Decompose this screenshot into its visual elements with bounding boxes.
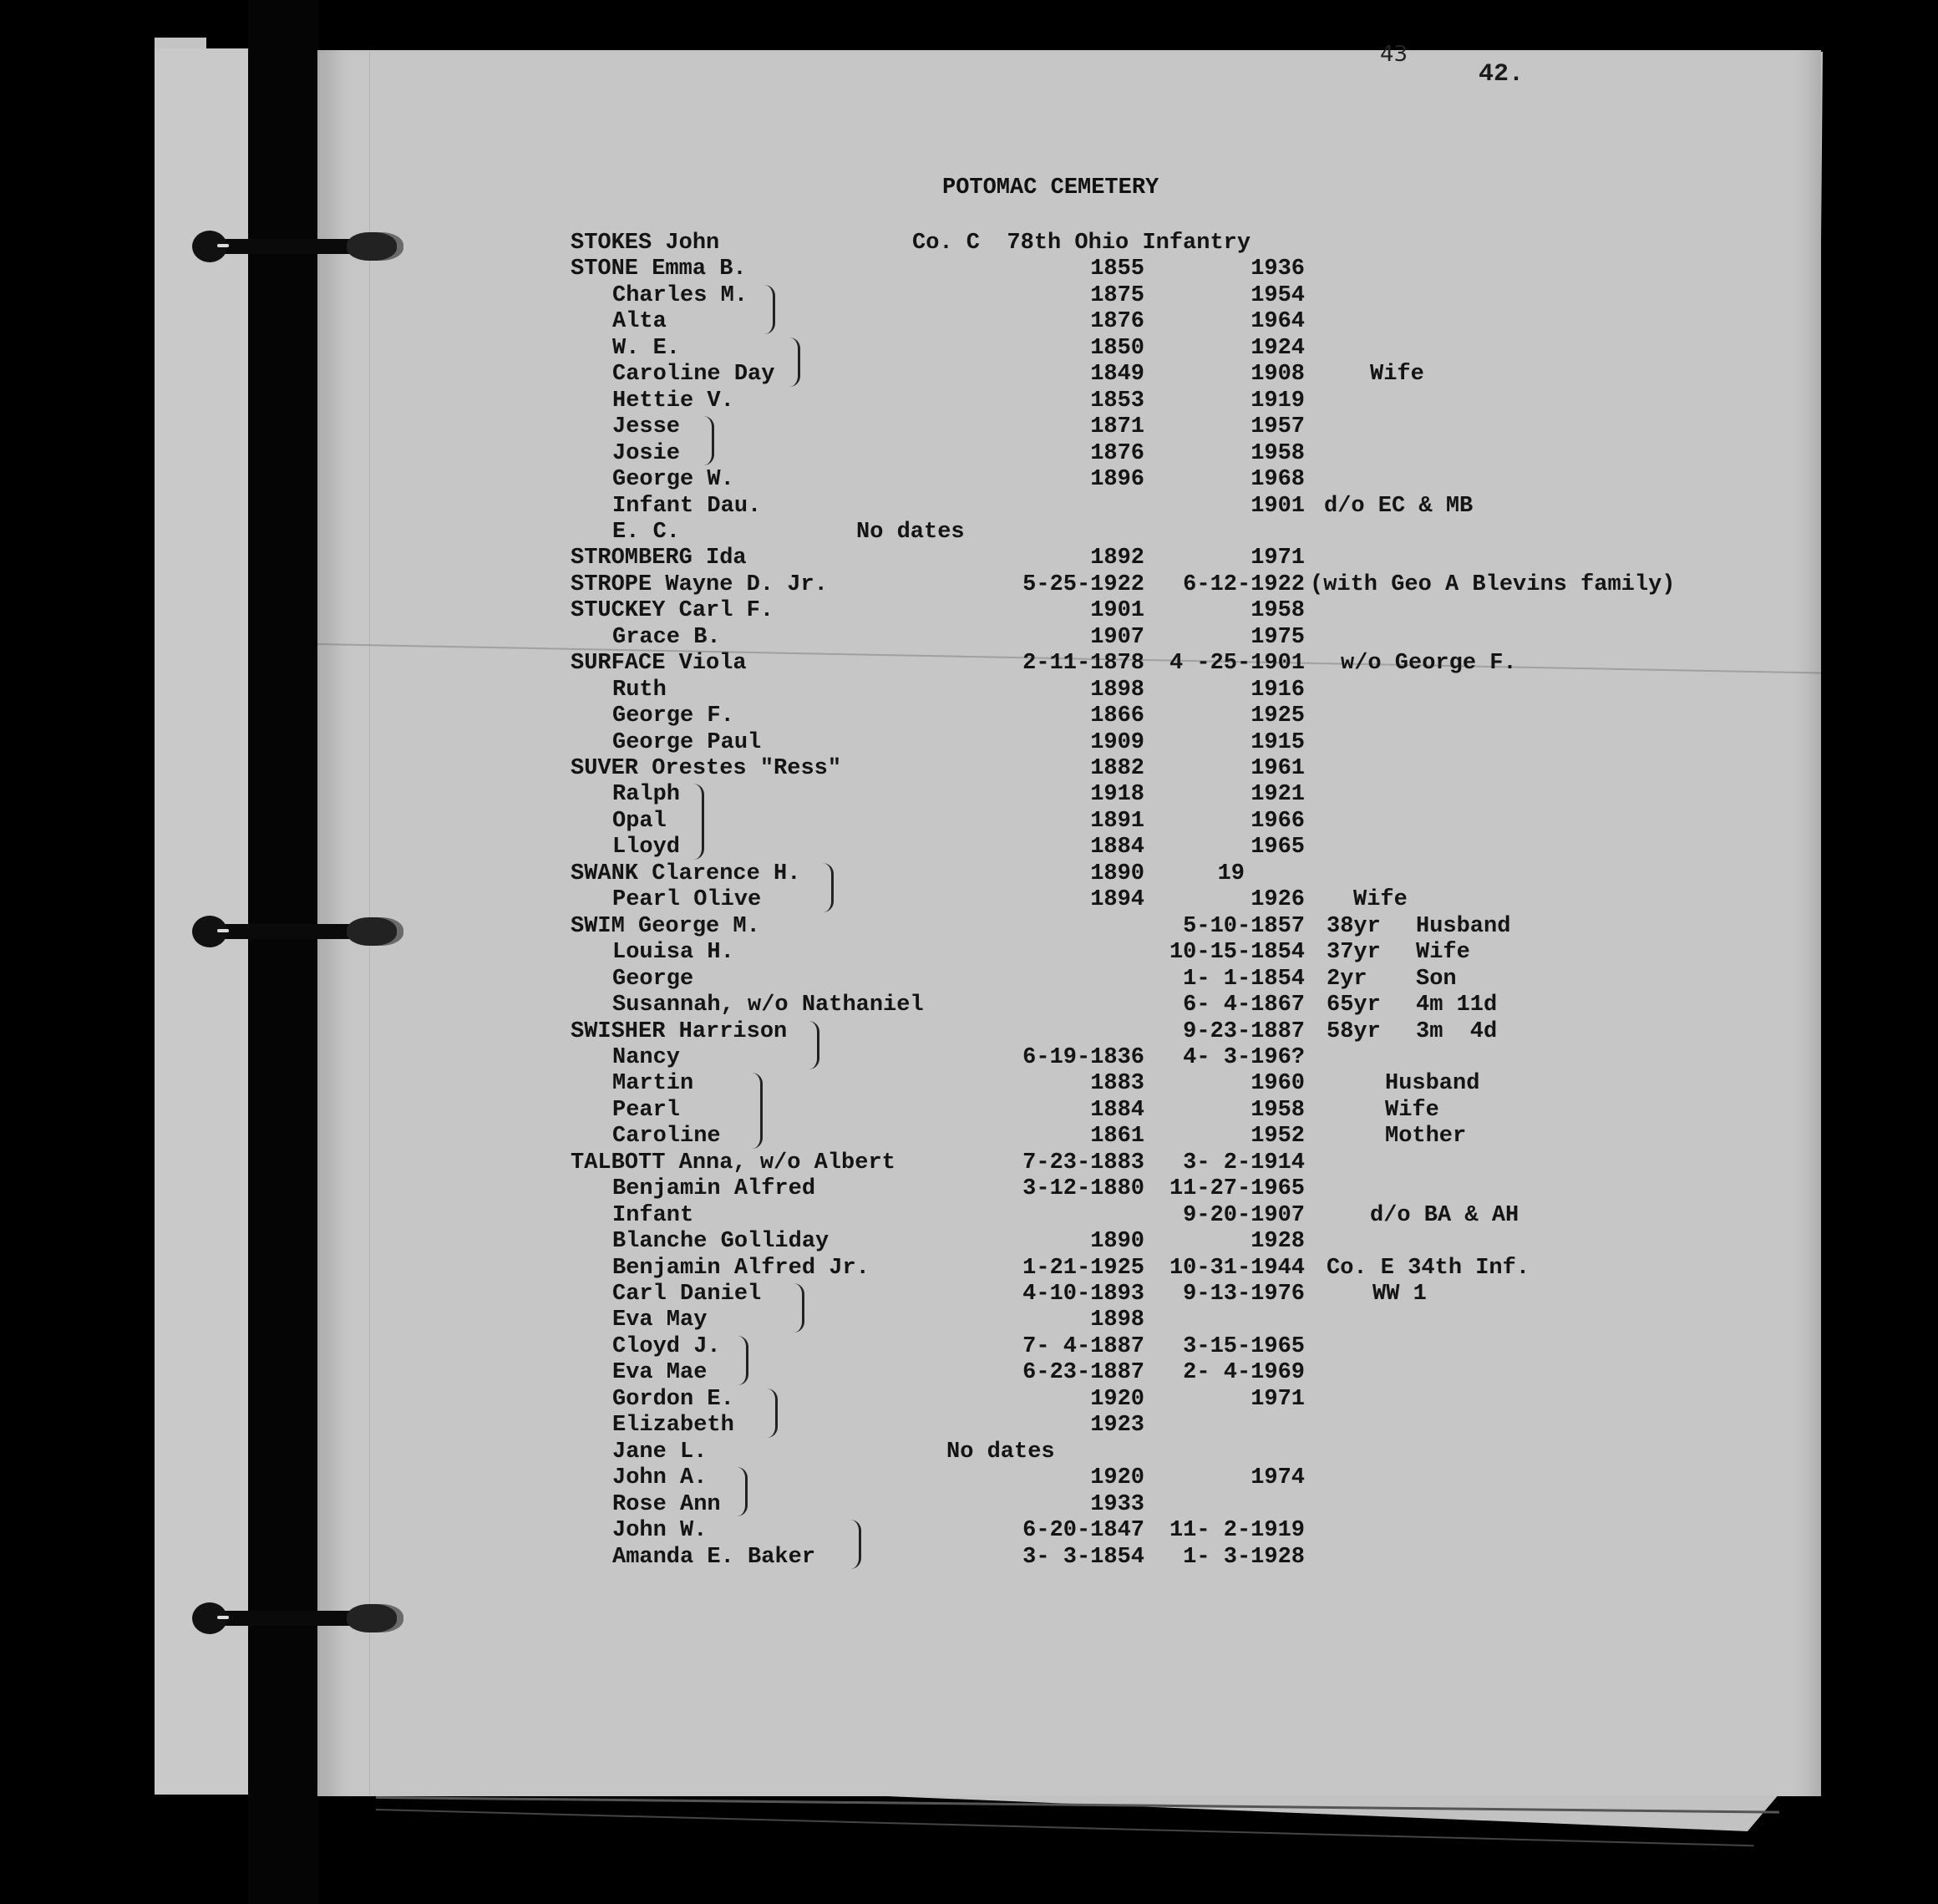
grouping-brace xyxy=(764,285,775,334)
burial-record-row: Benjamin Alfred Jr.1-21-192510-31-1944Co… xyxy=(0,1256,1938,1282)
record-name: SWISHER Harrison xyxy=(571,1019,787,1045)
record-note: 3m 4d xyxy=(1416,1019,1497,1045)
burial-record-row: Eva Mae6-23-18872- 4-1969 xyxy=(0,1360,1938,1386)
death-date: 1971 xyxy=(1111,546,1305,571)
birth-date: 1896 xyxy=(902,467,1144,493)
birth-date: 7-23-1883 xyxy=(902,1150,1144,1176)
death-date: 1924 xyxy=(1111,336,1305,362)
record-name: Gordon E. xyxy=(612,1387,734,1413)
death-date: 1964 xyxy=(1111,309,1305,335)
death-date: 1961 xyxy=(1111,756,1305,782)
record-name: STROMBERG Ida xyxy=(571,546,747,571)
death-date: 6- 4-1867 xyxy=(1111,993,1305,1018)
record-name: Eva May xyxy=(612,1307,707,1333)
burial-record-row: SWISHER Harrison9-23-188758yr3m 4d xyxy=(0,1019,1938,1045)
grouping-brace xyxy=(752,1073,763,1148)
death-date: 1916 xyxy=(1111,678,1305,703)
burial-record-row: SWANK Clarence H.189019 xyxy=(0,861,1938,887)
record-note: Co. E 34th Inf. xyxy=(1327,1256,1530,1282)
burial-record-row: George F.18661925 xyxy=(0,703,1938,729)
death-date: 1952 xyxy=(1111,1124,1305,1150)
burial-record-row: John A.19201974 xyxy=(0,1465,1938,1491)
age-at-death: 2yr xyxy=(1327,967,1367,993)
record-name: Josie xyxy=(612,441,680,467)
birth-date: 1853 xyxy=(902,388,1144,414)
record-name: John A. xyxy=(612,1465,707,1491)
record-name: Opal xyxy=(612,809,667,835)
burial-record-row: George W.18961968 xyxy=(0,467,1938,493)
death-date: 2- 4-1969 xyxy=(1111,1360,1305,1386)
record-name: Jane L. xyxy=(612,1439,707,1465)
birth-date: 2-11-1878 xyxy=(902,651,1144,677)
burial-record-row: STUCKEY Carl F.19011958 xyxy=(0,598,1938,624)
death-date: 1971 xyxy=(1111,1387,1305,1413)
record-name: Infant Dau. xyxy=(612,494,761,520)
birth-date: 1901 xyxy=(902,598,1144,624)
burial-record-row: STROPE Wayne D. Jr.5-25-19226-12-1922(wi… xyxy=(0,572,1938,598)
death-date: 1968 xyxy=(1111,467,1305,493)
age-at-death: 58yr xyxy=(1327,1019,1381,1045)
grouping-brace xyxy=(738,1336,748,1385)
burial-record-row: Infant9-20-1907d/o BA & AH xyxy=(0,1203,1938,1229)
grouping-brace xyxy=(789,338,800,387)
burial-record-row: Lloyd18841965 xyxy=(0,835,1938,861)
record-note: Husband xyxy=(1385,1071,1479,1097)
burial-record-row: Charles M.18751954 xyxy=(0,283,1938,309)
death-date: 6-12-1922 xyxy=(1111,572,1305,598)
record-name: Ruth xyxy=(612,678,667,703)
death-date: 4 -25-1901 xyxy=(1111,651,1305,677)
burial-record-row: Infant Dau.1901d/o EC & MB xyxy=(0,494,1938,520)
grouping-brace xyxy=(737,1467,748,1516)
grouping-brace xyxy=(823,863,834,912)
burial-record-row: Carl Daniel4-10-18939-13-1976WW 1 xyxy=(0,1282,1938,1307)
burial-record-row: Jesse18711957 xyxy=(0,414,1938,440)
record-name: George xyxy=(612,967,693,993)
record-note: 4m 11d xyxy=(1416,993,1497,1018)
no-dates-label: No dates xyxy=(856,520,965,546)
death-date: 1960 xyxy=(1111,1071,1305,1097)
record-name: Cloyd J. xyxy=(612,1334,721,1360)
burial-record-row: John W.6-20-184711- 2-1919 xyxy=(0,1518,1938,1544)
record-name: SUVER Orestes "Ress" xyxy=(571,756,841,782)
burial-record-row: W. E.18501924 xyxy=(0,336,1938,362)
record-name: George Paul xyxy=(612,730,761,756)
birth-date: 1898 xyxy=(902,1307,1144,1333)
burial-record-row: SUVER Orestes "Ress"18821961 xyxy=(0,756,1938,782)
record-name: Blanche Golliday xyxy=(612,1229,829,1255)
record-name: Susannah, w/o Nathaniel xyxy=(612,993,924,1018)
burial-record-row: E. C.No dates xyxy=(0,520,1938,546)
record-name: Benjamin Alfred xyxy=(612,1176,815,1202)
burial-record-row: Elizabeth1923 xyxy=(0,1413,1938,1439)
record-name: STOKES John xyxy=(571,231,719,256)
burial-record-row: Eva May1898 xyxy=(0,1307,1938,1333)
death-date: 10-31-1944 xyxy=(1111,1256,1305,1282)
burial-record-row: Ralph19181921 xyxy=(0,782,1938,808)
record-note: Son xyxy=(1416,967,1457,993)
burial-record-row: Benjamin Alfred3-12-188011-27-1965 xyxy=(0,1176,1938,1202)
record-name: Elizabeth xyxy=(612,1413,734,1439)
record-note: Wife xyxy=(1370,362,1424,388)
binder-ring-icon xyxy=(188,1602,405,1634)
record-name: TALBOTT Anna, w/o Albert xyxy=(571,1150,895,1176)
birth-date: 1876 xyxy=(902,441,1144,467)
birth-date: 1866 xyxy=(902,703,1144,729)
death-date: 4- 3-196? xyxy=(1111,1045,1305,1071)
birth-date: 1849 xyxy=(902,362,1144,388)
death-date: 1915 xyxy=(1111,730,1305,756)
birth-date: 1898 xyxy=(902,678,1144,703)
record-name: SURFACE Viola xyxy=(571,651,747,677)
record-note: (with Geo A Blevins family) xyxy=(1310,572,1675,598)
record-name: Rose Ann xyxy=(612,1492,721,1518)
death-date: 3-15-1965 xyxy=(1111,1334,1305,1360)
record-name: Martin xyxy=(612,1071,693,1097)
record-name: SWANK Clarence H. xyxy=(571,861,800,887)
record-name: Amanda E. Baker xyxy=(612,1545,815,1571)
birth-date: 1892 xyxy=(902,546,1144,571)
grouping-brace xyxy=(703,416,714,465)
birth-date: 6-20-1847 xyxy=(902,1518,1144,1544)
handwritten-page-number: 43 xyxy=(1380,42,1408,67)
burial-record-row: Ruth18981916 xyxy=(0,678,1938,703)
death-date: 1958 xyxy=(1111,441,1305,467)
death-date: 1901 xyxy=(1111,494,1305,520)
death-date: 1974 xyxy=(1111,1465,1305,1491)
burial-record-row: Gordon E.19201971 xyxy=(0,1387,1938,1413)
death-date: 9-20-1907 xyxy=(1111,1203,1305,1229)
record-name: E. C. xyxy=(612,520,680,546)
burial-record-row: Nancy6-19-18364- 3-196? xyxy=(0,1045,1938,1071)
death-date: 5-10-1857 xyxy=(1111,914,1305,940)
grouping-brace xyxy=(693,784,704,859)
age-at-death: 65yr xyxy=(1327,993,1381,1018)
birth-date: 6-19-1836 xyxy=(902,1045,1144,1071)
record-name: Caroline Day xyxy=(612,362,774,388)
burial-record-row: Susannah, w/o Nathaniel6- 4-186765yr4m 1… xyxy=(0,993,1938,1018)
death-date: 1958 xyxy=(1111,598,1305,624)
burial-record-row: Amanda E. Baker3- 3-18541- 3-1928 xyxy=(0,1545,1938,1571)
record-name: Eva Mae xyxy=(612,1360,707,1386)
death-date: 9-13-1976 xyxy=(1111,1282,1305,1307)
record-name: George F. xyxy=(612,703,734,729)
death-date: 11- 2-1919 xyxy=(1111,1518,1305,1544)
birth-date: 1882 xyxy=(902,756,1144,782)
burial-record-row: STONE Emma B.18551936 xyxy=(0,256,1938,282)
burial-record-row: Hettie V.18531919 xyxy=(0,388,1938,414)
age-at-death: 37yr xyxy=(1327,940,1381,966)
birth-date: 6-23-1887 xyxy=(902,1360,1144,1386)
record-note: WW 1 xyxy=(1372,1282,1427,1307)
death-date: 1954 xyxy=(1111,283,1305,309)
burial-record-row: Caroline18611952Mother xyxy=(0,1124,1938,1150)
burial-record-row: Caroline Day18491908Wife xyxy=(0,362,1938,388)
birth-date: 4-10-1893 xyxy=(902,1282,1144,1307)
burial-record-row: Cloyd J.7- 4-18873-15-1965 xyxy=(0,1334,1938,1360)
birth-date: 1884 xyxy=(902,835,1144,861)
record-note: w/o George F. xyxy=(1341,651,1517,677)
record-name: Caroline xyxy=(612,1124,721,1150)
birth-date: 1855 xyxy=(902,256,1144,282)
birth-date: 1850 xyxy=(902,336,1144,362)
death-date: 1957 xyxy=(1111,414,1305,440)
birth-date: 1909 xyxy=(902,730,1144,756)
record-note: d/o BA & AH xyxy=(1370,1203,1519,1229)
death-date: 1975 xyxy=(1111,625,1305,651)
death-date: 1965 xyxy=(1111,835,1305,861)
death-date: 1908 xyxy=(1111,362,1305,388)
burial-record-row: SWIM George M.5-10-185738yrHusband xyxy=(0,914,1938,940)
birth-date: 1933 xyxy=(902,1492,1144,1518)
age-at-death: 38yr xyxy=(1327,914,1381,940)
no-dates-label: No dates xyxy=(946,1439,1055,1465)
death-date: 11-27-1965 xyxy=(1111,1176,1305,1202)
burial-record-row: SURFACE Viola2-11-18784 -25-1901w/o Geor… xyxy=(0,651,1938,677)
birth-date: 7- 4-1887 xyxy=(902,1334,1144,1360)
death-date: 1966 xyxy=(1111,809,1305,835)
burial-record-row: Josie18761958 xyxy=(0,441,1938,467)
death-date: 1936 xyxy=(1111,256,1305,282)
record-name: Louisa H. xyxy=(612,940,734,966)
birth-date: 1876 xyxy=(902,309,1144,335)
birth-date: 1875 xyxy=(902,283,1144,309)
record-note: Mother xyxy=(1385,1124,1466,1150)
death-date: 19 xyxy=(1111,861,1245,887)
death-date: 1- 3-1928 xyxy=(1111,1545,1305,1571)
death-date: 1921 xyxy=(1111,782,1305,808)
burial-record-row: Pearl Olive18941926Wife xyxy=(0,887,1938,913)
military-service: Co. C 78th Ohio Infantry xyxy=(912,231,1251,256)
death-date: 1925 xyxy=(1111,703,1305,729)
death-date: 1958 xyxy=(1111,1098,1305,1124)
birth-date: 1884 xyxy=(902,1098,1144,1124)
record-name: Grace B. xyxy=(612,625,721,651)
grouping-brace xyxy=(794,1283,804,1333)
record-name: STUCKEY Carl F. xyxy=(571,598,774,624)
record-name: Alta xyxy=(612,309,667,335)
record-name: Pearl Olive xyxy=(612,887,761,913)
birth-date: 1920 xyxy=(902,1387,1144,1413)
burial-record-row: TALBOTT Anna, w/o Albert7-23-18833- 2-19… xyxy=(0,1150,1938,1176)
burial-record-row: Opal18911966 xyxy=(0,809,1938,835)
record-name: John W. xyxy=(612,1518,707,1544)
grouping-brace xyxy=(767,1389,778,1438)
record-note: Husband xyxy=(1416,914,1510,940)
record-name: Ralph xyxy=(612,782,680,808)
birth-date: 5-25-1922 xyxy=(902,572,1144,598)
death-date: 10-15-1854 xyxy=(1111,940,1305,966)
death-date: 1928 xyxy=(1111,1229,1305,1255)
birth-date: 1920 xyxy=(902,1465,1144,1491)
record-name: Jesse xyxy=(612,414,680,440)
burial-record-row: Rose Ann1933 xyxy=(0,1492,1938,1518)
record-name: Nancy xyxy=(612,1045,680,1071)
record-name: STONE Emma B. xyxy=(571,256,747,282)
grouping-brace xyxy=(809,1021,819,1070)
birth-date: 1890 xyxy=(902,1229,1144,1255)
record-note: Wife xyxy=(1385,1098,1439,1124)
birth-date: 1918 xyxy=(902,782,1144,808)
death-date: 1919 xyxy=(1111,388,1305,414)
burial-record-row: Grace B.19071975 xyxy=(0,625,1938,651)
birth-date: 1883 xyxy=(902,1071,1144,1097)
birth-date: 1871 xyxy=(902,414,1144,440)
record-note: Wife xyxy=(1353,887,1408,913)
birth-date: 1923 xyxy=(902,1413,1144,1439)
record-name: Carl Daniel xyxy=(612,1282,761,1307)
record-name: W. E. xyxy=(612,336,680,362)
birth-date: 3- 3-1854 xyxy=(902,1545,1144,1571)
burial-record-row: George1- 1-18542yrSon xyxy=(0,967,1938,993)
death-date: 9-23-1887 xyxy=(1111,1019,1305,1045)
page-title: POTOMAC CEMETERY xyxy=(942,175,1159,201)
record-name: STROPE Wayne D. Jr. xyxy=(571,572,828,598)
burial-record-row: Alta18761964 xyxy=(0,309,1938,335)
record-note: d/o EC & MB xyxy=(1324,494,1473,520)
record-name: Pearl xyxy=(612,1098,680,1124)
birth-date: 3-12-1880 xyxy=(902,1176,1144,1202)
birth-date: 1890 xyxy=(902,861,1144,887)
death-date: 1926 xyxy=(1111,887,1305,913)
page-number: 42. xyxy=(1479,60,1524,89)
birth-date: 1861 xyxy=(902,1124,1144,1150)
record-name: Charles M. xyxy=(612,283,748,309)
burial-record-row: Louisa H.10-15-185437yrWife xyxy=(0,940,1938,966)
death-date: 1- 1-1854 xyxy=(1111,967,1305,993)
burial-record-row: STOKES JohnCo. C 78th Ohio Infantry xyxy=(0,231,1938,256)
burial-record-row: Blanche Golliday18901928 xyxy=(0,1229,1938,1255)
record-name: Infant xyxy=(612,1203,693,1229)
birth-date: 1-21-1925 xyxy=(902,1256,1144,1282)
record-name: Hettie V. xyxy=(612,388,734,414)
birth-date: 1907 xyxy=(902,625,1144,651)
record-name: SWIM George M. xyxy=(571,914,760,940)
burial-record-row: Jane L.No dates xyxy=(0,1439,1938,1465)
birth-date: 1891 xyxy=(902,809,1144,835)
burial-record-row: Martin18831960Husband xyxy=(0,1071,1938,1097)
burial-record-row: George Paul19091915 xyxy=(0,730,1938,756)
grouping-brace xyxy=(850,1520,861,1569)
record-note: Wife xyxy=(1416,940,1470,966)
birth-date: 1894 xyxy=(902,887,1144,913)
record-name: Benjamin Alfred Jr. xyxy=(612,1256,870,1282)
record-name: Lloyd xyxy=(612,835,680,861)
burial-record-row: Pearl18841958Wife xyxy=(0,1098,1938,1124)
burial-record-row: STROMBERG Ida18921971 xyxy=(0,546,1938,571)
death-date: 3- 2-1914 xyxy=(1111,1150,1305,1176)
record-name: George W. xyxy=(612,467,734,493)
